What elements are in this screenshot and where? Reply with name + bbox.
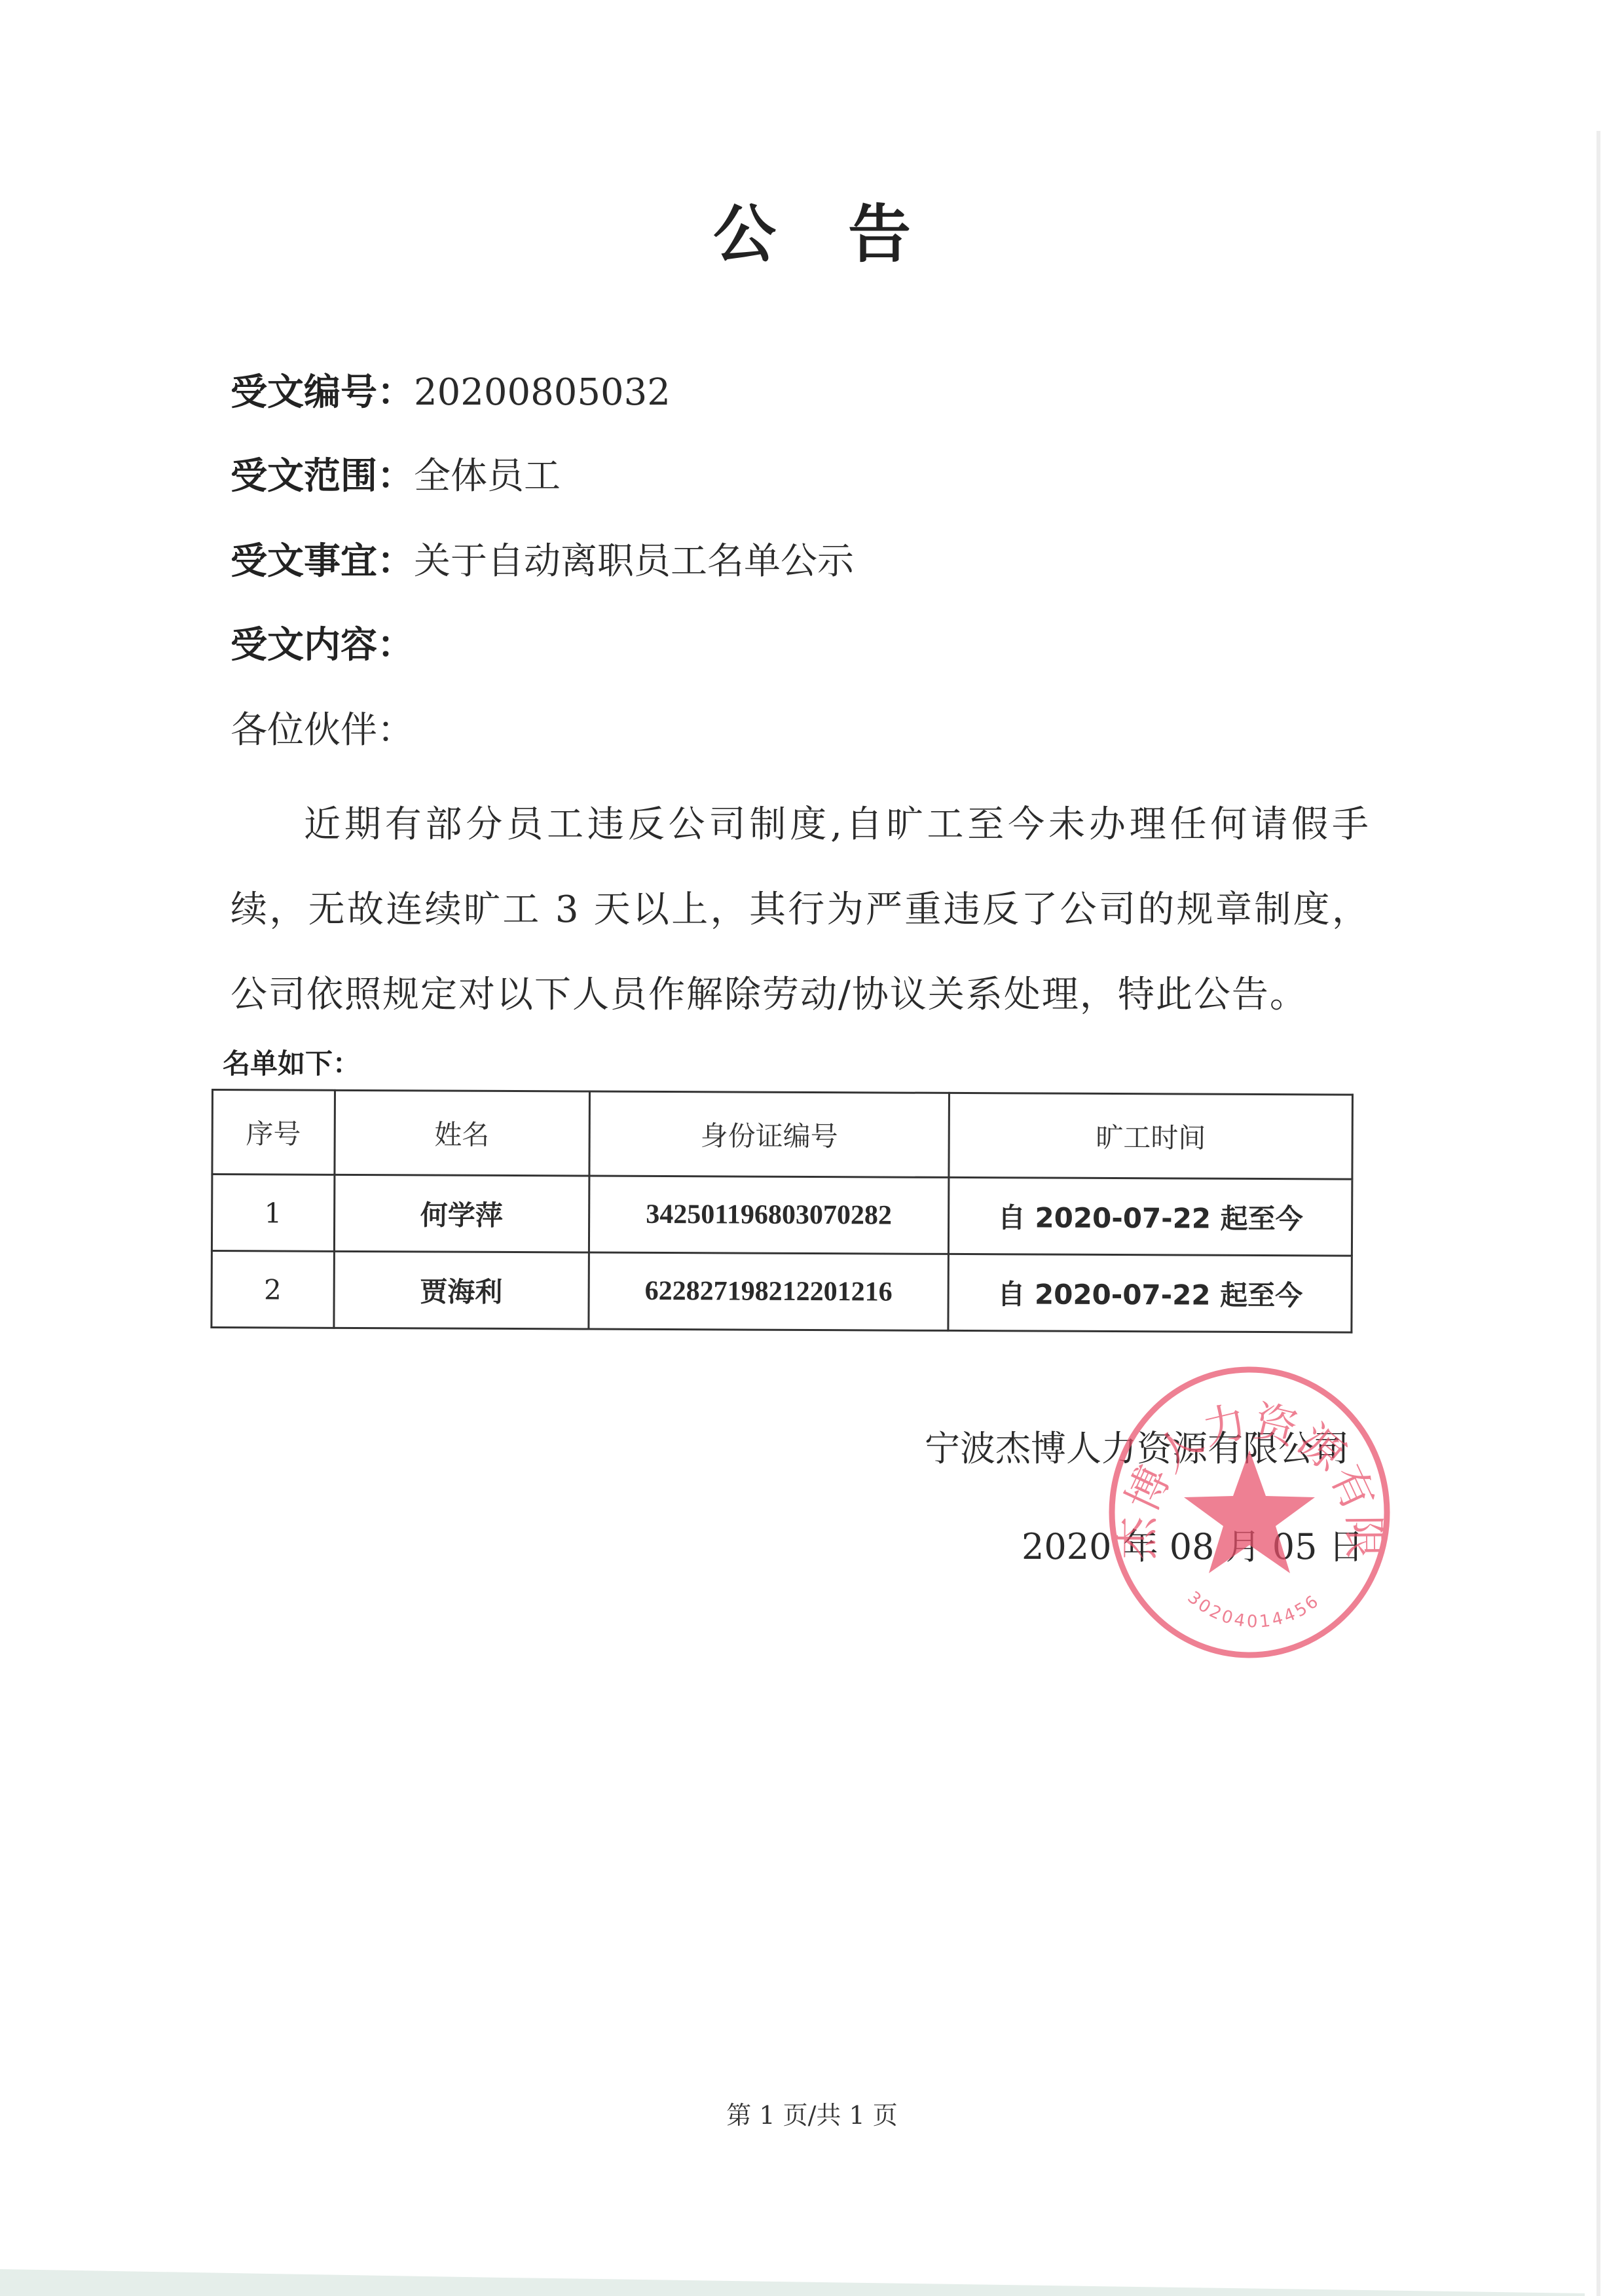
document-title: 公告 [0,185,1624,274]
scan-artifact-band [0,2269,1585,2296]
table-row: 2 贾海利 622827198212201216 自 2020-07-22 起至… [212,1251,1352,1333]
table-row: 1 何学萍 342501196803070282 自 2020-07-22 起至… [212,1175,1352,1256]
field-scope: 受文范围：全体员工 [231,454,561,500]
header-id: 身份证编号 [589,1091,950,1177]
field-value: 全体员工 [414,455,561,498]
field-value: 20200805032 [414,371,671,414]
table-header-row: 序号 姓名 身份证编号 旷工时间 [212,1090,1353,1180]
field-value: 关于自动离职员工名单公示 [414,540,854,583]
header-period: 旷工时间 [949,1093,1352,1179]
field-content: 受文内容： [231,623,414,668]
cell-id: 342501196803070282 [589,1176,949,1254]
absentee-table: 序号 姓名 身份证编号 旷工时间 1 何学萍 34250119680307028… [210,1089,1354,1334]
salutation: 各位伙伴： [231,708,414,754]
cell-name: 何学萍 [334,1175,589,1252]
cell-no: 1 [212,1175,334,1252]
field-label: 受文范围： [231,455,414,498]
signature-date: 2020 年 08 月 05 日 [1022,1519,1349,1569]
field-subject: 受文事宜：关于自动离职员工名单公示 [231,539,854,585]
header-name: 姓名 [335,1090,590,1176]
svg-text:3302040144563: 3302040144563 [1107,1365,1324,1632]
salutation-text: 各位伙伴： [231,709,414,752]
company-seal-stamp: 宁波杰博人力资源有限公司 3302040144563 [1107,1365,1395,1660]
cell-id: 622827198212201216 [589,1252,949,1330]
stamp-code: 3302040144563 [1107,1365,1324,1632]
cell-period: 自 2020-07-22 起至今 [949,1177,1352,1256]
field-doc-number: 受文编号：20200805032 [231,370,671,416]
field-label: 受文内容： [231,624,414,666]
header-no: 序号 [212,1090,335,1175]
list-label: 名单如下： [223,1042,360,1082]
page-footer: 第 1 页/共 1 页 [0,2095,1624,2131]
field-label: 受文编号： [231,371,414,414]
cell-no: 2 [212,1251,334,1328]
body-paragraph: 近期有部分员工违反公司制度,自旷工至今未办理任何请假手续，无故连续旷工 3 天以… [231,782,1370,1038]
signature-company: 宁波杰博人力资源有限公司 [891,1421,1349,1471]
scan-artifact-edge [1596,131,1600,2296]
cell-period: 自 2020-07-22 起至今 [948,1254,1352,1332]
body-text: 近期有部分员工违反公司制度,自旷工至今未办理任何请假手续，无故连续旷工 3 天以… [231,782,1370,1038]
cell-name: 贾海利 [334,1251,589,1329]
field-label: 受文事宜： [231,540,414,583]
